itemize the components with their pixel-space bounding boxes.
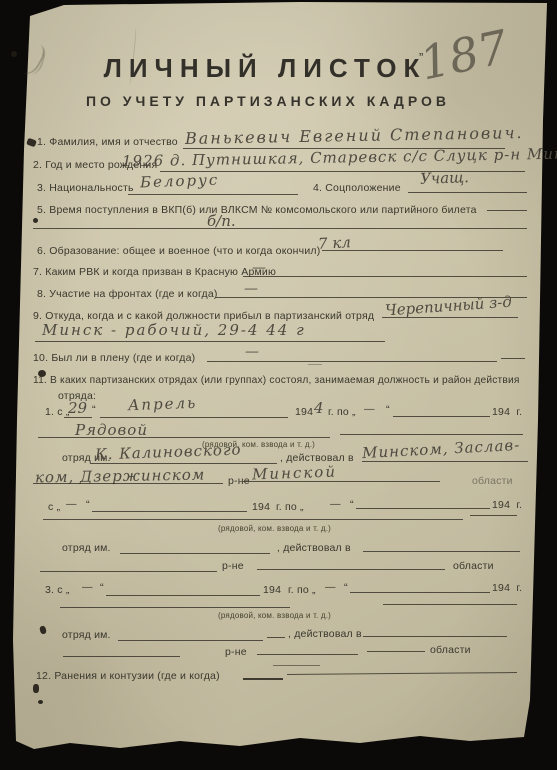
blank-line <box>120 553 270 554</box>
blank-line <box>243 678 283 680</box>
blank-line <box>243 481 440 482</box>
field-7-value: — <box>252 260 266 276</box>
field-11-label-line1: 11. В каких партизанских отрядах (или гр… <box>33 375 520 386</box>
district-label: р-не <box>225 646 247 658</box>
blank-line <box>393 416 490 417</box>
field-7-label: 7. Каким РВК и когда призван в Красную А… <box>33 266 276 278</box>
ink-blot <box>33 684 39 693</box>
blank-line <box>383 604 517 605</box>
field-12-label: 12. Ранения и контузии (где и когда) <box>36 670 220 682</box>
quote-close: “ <box>344 582 348 594</box>
quote-close: “ <box>100 582 104 594</box>
blank-line <box>257 654 358 655</box>
entry3-date-prefix: 3. с „ <box>45 584 70 596</box>
blank-line <box>408 192 527 193</box>
acted-in-label: , действовал в <box>288 628 362 640</box>
year-printed: 194 <box>263 584 281 596</box>
district-label: р-не <box>222 560 244 572</box>
blank-line <box>356 508 490 509</box>
blank-dash: — <box>364 403 375 415</box>
year-printed: 194 г. <box>492 406 522 418</box>
role-hint-label: (рядовой, ком. взвода и т. д.) <box>218 611 331 620</box>
oblast-label: области <box>453 560 494 572</box>
quote-close: “ <box>92 404 96 416</box>
unit-label: отряд им. <box>62 542 111 554</box>
to-date-label: г. по „ <box>288 584 316 596</box>
entry1-year-digit: 4 <box>314 399 324 417</box>
blank-line <box>118 640 263 641</box>
field-10-value: — <box>245 344 259 360</box>
blank-dash: — <box>330 498 341 510</box>
to-date-label: г. по „ <box>276 501 304 513</box>
blank-line <box>100 417 288 418</box>
blank-line <box>64 417 92 418</box>
quote-close: “ <box>350 499 354 511</box>
blank-dash: — <box>82 581 93 593</box>
year-printed: 194 г. <box>492 582 522 594</box>
pencil-dash <box>308 364 322 365</box>
blank-line <box>363 636 507 637</box>
blank-dash: — <box>66 498 77 510</box>
blank-line <box>35 341 385 342</box>
blank-line <box>63 656 180 657</box>
blank-line <box>362 461 528 462</box>
field-8-label: 8. Участие на фронтах (где и когда) <box>37 288 218 300</box>
field-4-label: 4. Соцположение <box>313 182 401 194</box>
blank-line <box>128 194 298 195</box>
entry2-date-prefix: с „ <box>48 501 60 513</box>
blank-line <box>340 434 523 435</box>
year-printed: 194 <box>295 406 313 418</box>
blank-line <box>257 569 445 570</box>
blank-line <box>350 592 490 593</box>
field-3-label: 3. Национальность <box>37 182 134 194</box>
blank-line <box>487 210 527 211</box>
blank-line <box>501 358 525 359</box>
blank-line <box>207 361 497 362</box>
scanned-document: ЛИЧНЫЙ ЛИСТОК ” 187 ПО УЧЕТУ ПАРТИЗАНСКИ… <box>0 0 557 770</box>
quote-close: “ <box>86 499 90 511</box>
blank-line <box>363 551 520 552</box>
pencil-dash <box>273 665 320 666</box>
ink-blot <box>11 51 17 57</box>
year-printed: 194 <box>252 501 270 513</box>
acted-in-label: , действовал в <box>277 542 351 554</box>
unit-label: отряд им. <box>62 629 111 641</box>
entry1-month: Апрель <box>128 394 198 414</box>
field-10-label: 10. Был ли в плену (где и когда) <box>33 352 195 364</box>
oblast-label: области <box>472 475 513 487</box>
blank-line <box>40 571 217 572</box>
blank-line <box>33 483 223 484</box>
blank-line <box>470 515 517 516</box>
entry1-day: 29 <box>68 399 87 417</box>
quote-close: “ <box>386 404 390 416</box>
field-3-value: Белорус <box>140 171 220 192</box>
ink-blot <box>38 700 43 704</box>
to-date-label: г. по „ <box>328 406 356 418</box>
field-9-value-2: Минск - рабочий, 29-4 44 г <box>42 321 306 339</box>
page-title: ЛИЧНЫЙ ЛИСТОК <box>95 53 435 84</box>
blank-line <box>60 607 290 608</box>
page-subtitle: ПО УЧЕТУ ПАРТИЗАНСКИХ КАДРОВ <box>48 93 488 109</box>
blank-line <box>243 276 527 277</box>
blank-line <box>382 317 518 318</box>
blank-line <box>43 519 463 520</box>
year-printed: 194 г. <box>492 499 522 511</box>
field-6-label: 6. Образование: общее и военное (что и к… <box>37 245 320 257</box>
field-5-label: 5. Время поступления в ВКП(б) или ВЛКСМ … <box>37 204 477 216</box>
role-hint-label: (рядовой, ком. взвода и т. д.) <box>218 524 331 533</box>
field-4-value: Учащ. <box>420 168 470 188</box>
blank-dash: — <box>325 581 336 593</box>
blank-line <box>90 463 277 464</box>
blank-line <box>367 651 425 652</box>
field-1-label: 1. Фамилия, имя и отчество <box>37 136 178 148</box>
blank-line <box>92 511 247 512</box>
blank-line <box>106 595 260 596</box>
ink-blot <box>33 218 38 223</box>
oblast-label: области <box>430 644 471 656</box>
blank-line <box>38 437 330 438</box>
field-8-value: — <box>244 281 258 297</box>
blank-line <box>33 228 527 229</box>
blank-line <box>322 250 503 251</box>
blank-line <box>267 637 285 638</box>
